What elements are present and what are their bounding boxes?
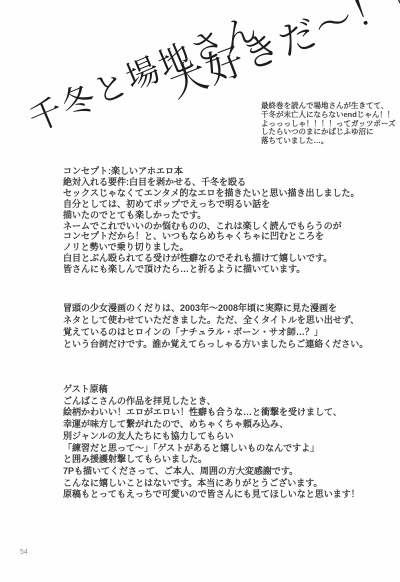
afterword-page: 千冬と場地さん 大好きだ〜！！ 最終巻を読んで場地さんが生きてて、 千冬が未亡人… — [0, 0, 400, 582]
text-line: 皆さんにも楽しんで頂けたら…と祈るように描いています。 — [63, 264, 360, 275]
text-line: という台詞だけです。誰か覚えてらっしゃる方いましたらご連絡ください。 — [63, 339, 368, 351]
page-number: 54 — [20, 549, 28, 556]
text-line: ネームでこれでいいのか悩むものの、これは楽しく読んでもらうのが — [63, 221, 360, 232]
text-line: 覚えているのはヒロインの「ナチュラル・ボーン・サオ師…？」 — [63, 327, 368, 339]
guest-manuscript-paragraph: ゲスト原稿 ごんばこさんの作品を拝見したとき、 絵柄かわいい！エロがエロい！性癖… — [63, 384, 360, 501]
text-line: 描いたのでとても楽しかったです。 — [63, 210, 360, 221]
text-line: 幸運が味方して繋がれたので、めちゃくちゃ頼み込み、 — [63, 419, 360, 431]
text-line: ノリと勢いで乗り切りました。 — [63, 242, 360, 253]
text-line: 絵柄かわいい！エロがエロい！性癖も合うな…と衝撃を受けまして、 — [63, 407, 360, 419]
text-line: 冒頭の少女漫画のくだりは、2003年〜2008年頃に実際に見た漫画を — [63, 303, 368, 315]
text-line: 7Pも描いてくださって、ご本人、周囲の方大変感謝です。 — [63, 466, 360, 478]
margin-note: 最終巻を読んで場地さんが生きてて、 千冬が未亡人にならないendじゃん！！ よっ… — [261, 102, 395, 146]
text-line: こんなに嬉しいことはないです。本当にありがとうございます。 — [63, 478, 360, 490]
text-line: 別ジャンルの友人たちにも協力してもらい — [63, 431, 360, 443]
text-line: 「練習だと思って〜」「ゲストがあると嬉しいものなんですよ」 — [63, 443, 360, 455]
shoujo-manga-paragraph: 冒頭の少女漫画のくだりは、2003年〜2008年頃に実際に見た漫画を ネタとして… — [63, 303, 368, 351]
concept-paragraph: コンセプト:楽しいアホエロ本 絶対入れる要件:白目を剥かせる、千冬を殴る セック… — [63, 166, 360, 275]
text-line: セックスじゃなくてエンタメ的なエロを描きたいと思い描き出しました。 — [63, 188, 360, 199]
text-line: 白目とぶん殴られてる受けが性癖なのでそれも描けて嬉しいです。 — [63, 253, 360, 264]
text-line: 原稿もとってもえっちで可愛いので皆さんにも見てほしいなと思います！ — [63, 489, 360, 501]
text-line: ネタとして使わせていただきました。ただ、全くタイトルを思い出せず、 — [63, 315, 368, 327]
text-line: 絶対入れる要件:白目を剥かせる、千冬を殴る — [63, 177, 360, 188]
text-line: 自分としては、初めてポップでえっちで明るい話を — [63, 199, 360, 210]
handwritten-message-line2: 大好きだ〜！！ — [160, 0, 400, 108]
text-line: コンセプト:楽しいアホエロ本 — [63, 166, 360, 177]
text-line: コンセプトだから！と、いつもならめちゃくちゃに凹むところを — [63, 231, 360, 242]
margin-note-line: 落ちていました…。 — [261, 137, 395, 146]
text-line: ごんばこさんの作品を拝見したとき、 — [63, 396, 360, 408]
text-line: と囲み援護射撃してもらいました。 — [63, 454, 360, 466]
text-line: ゲスト原稿 — [63, 384, 360, 396]
